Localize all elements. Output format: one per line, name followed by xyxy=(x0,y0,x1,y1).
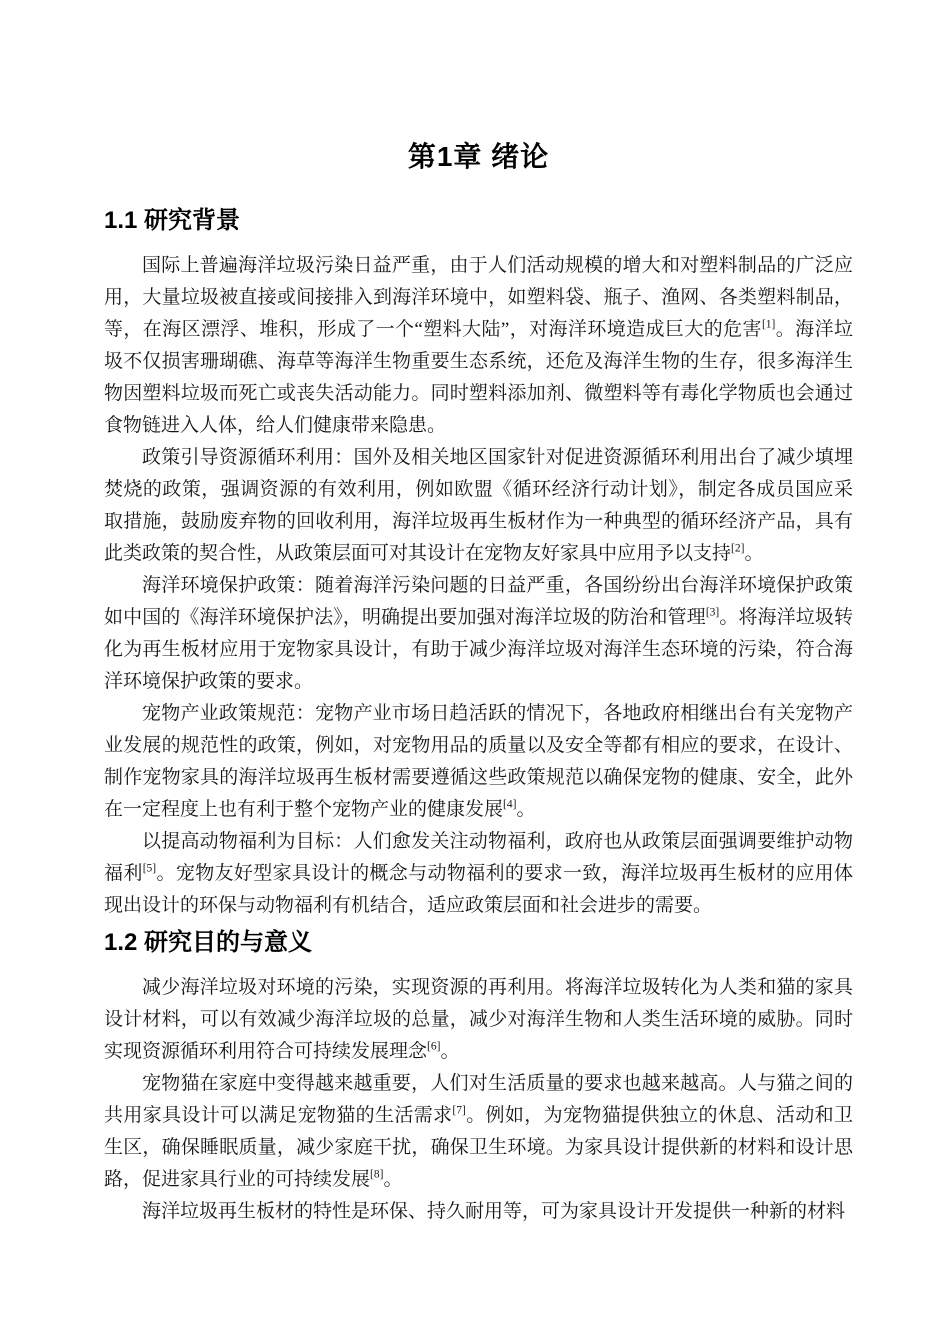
document-page: 第1章 绪论1.1 研究背景国际上普遍海洋垃圾污染日益严重，由于人们活动规模的增… xyxy=(0,0,950,1344)
citation-ref: [3] xyxy=(706,607,719,619)
paragraph: 海洋垃圾再生板材的特性是环保、持久耐用等，可为家具设计开发提供一种新的材料 xyxy=(104,1196,853,1228)
chapter-title: 第1章 绪论 xyxy=(104,140,853,174)
paragraph: 宠物猫在家庭中变得越来越重要，人们对生活质量的要求也越来越高。人与猫之间的共用家… xyxy=(104,1068,853,1196)
document-content: 第1章 绪论1.1 研究背景国际上普遍海洋垃圾污染日益严重，由于人们活动规模的增… xyxy=(104,140,853,1228)
citation-ref: [4] xyxy=(503,799,516,811)
section-heading: 1.1 研究背景 xyxy=(104,206,853,236)
paragraph: 海洋环境保护政策：随着海洋污染问题的日益严重，各国纷纷出台海洋环境保护政策如中国… xyxy=(104,570,853,698)
citation-ref: [1] xyxy=(762,319,775,331)
citation-ref: [7] xyxy=(452,1105,465,1117)
citation-ref: [2] xyxy=(731,543,744,555)
paragraph: 减少海洋垃圾对环境的污染，实现资源的再利用。将海洋垃圾转化为人类和猫的家具设计材… xyxy=(104,972,853,1068)
citation-ref: [8] xyxy=(370,1169,383,1181)
citation-ref: [5] xyxy=(143,863,156,875)
section-heading: 1.2 研究目的与意义 xyxy=(104,928,853,958)
citation-ref: [6] xyxy=(427,1041,440,1053)
paragraph: 以提高动物福利为目标：人们愈发关注动物福利，政府也从政策层面强调要维护动物福利[… xyxy=(104,826,853,922)
paragraph: 宠物产业政策规范：宠物产业市场日趋活跃的情况下，各地政府相继出台有关宠物产业发展… xyxy=(104,698,853,826)
paragraph: 政策引导资源循环利用：国外及相关地区国家针对促进资源循环利用出台了减少填埋焚烧的… xyxy=(104,442,853,570)
paragraph: 国际上普遍海洋垃圾污染日益严重，由于人们活动规模的增大和对塑料制品的广泛应用，大… xyxy=(104,250,853,442)
